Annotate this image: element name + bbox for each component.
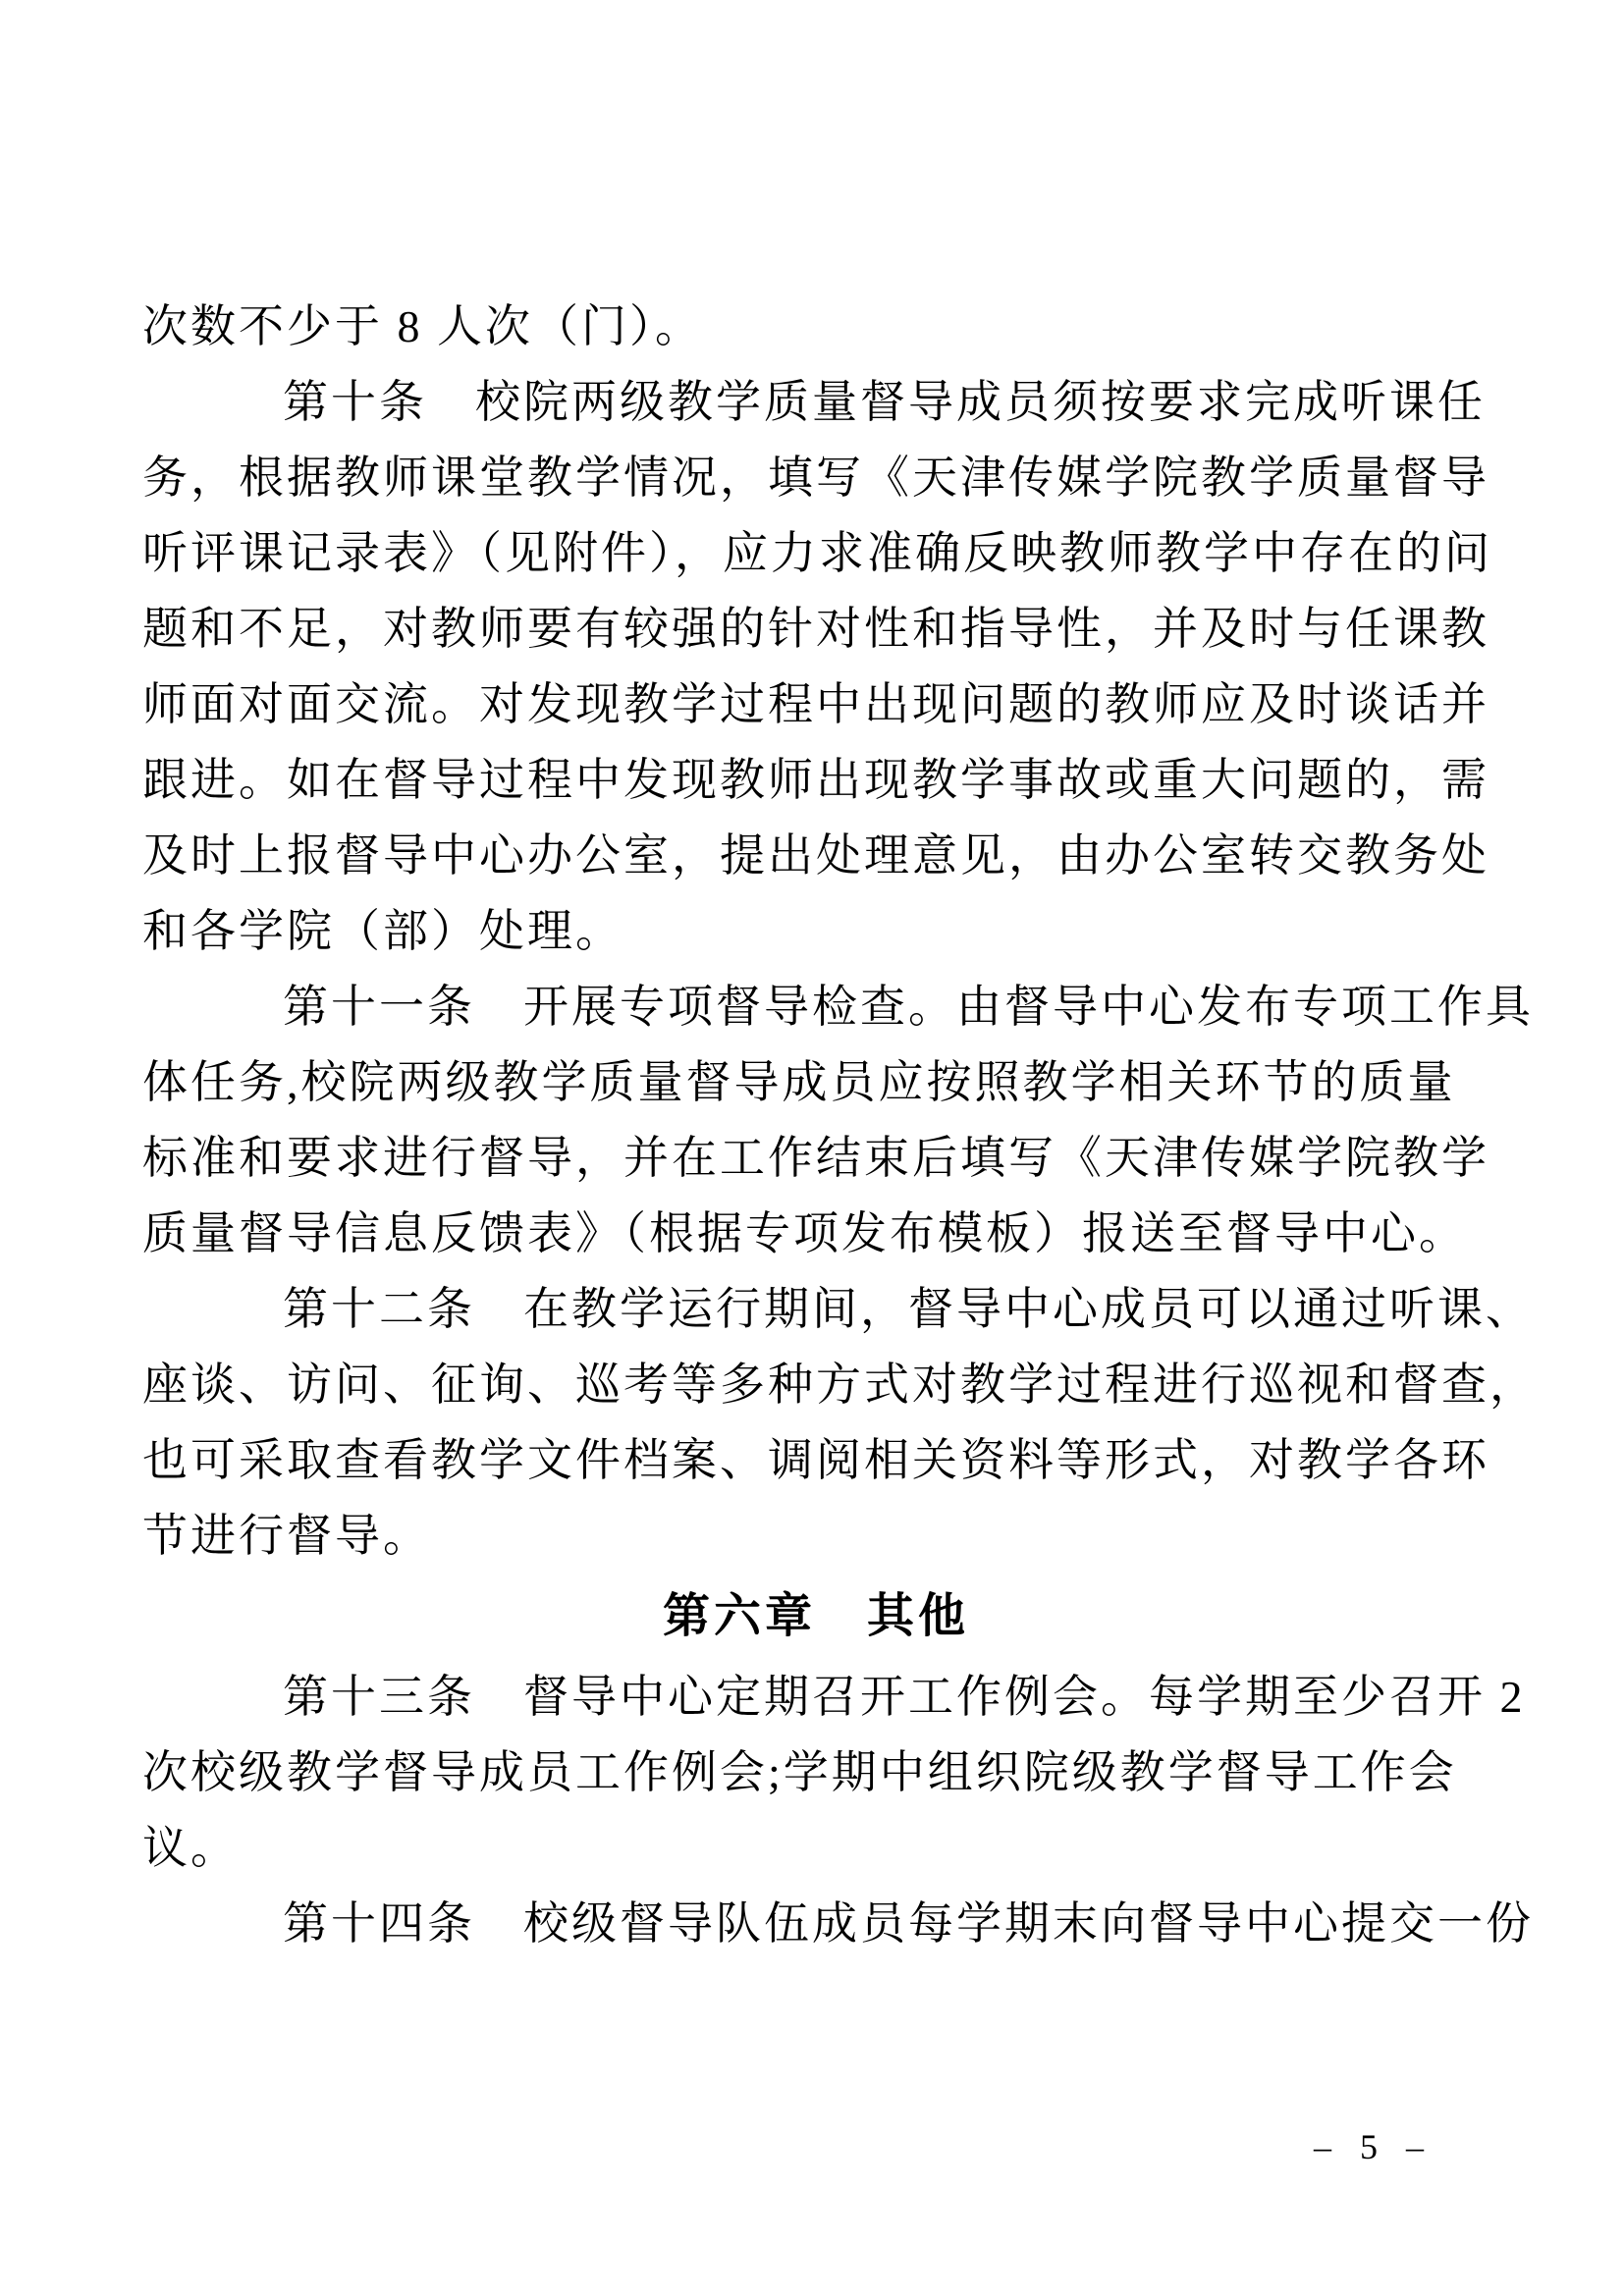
text-line: 跟进。如在督导过程中发现教师出现教学事故或重大问题的，需 xyxy=(142,742,1489,818)
text-line: 议。 xyxy=(142,1810,1489,1886)
document-body: 次数不少于 8 人次（门）。 第十条 校院两级教学质量督导成员须按要求完成听课任… xyxy=(142,289,1489,1961)
text-line: 标准和要求进行督导，并在工作结束后填写《天津传媒学院教学 xyxy=(142,1120,1489,1196)
text-line: 也可采取查看教学文件档案、调阅相关资料等形式，对教学各环 xyxy=(142,1422,1489,1498)
text-line-article-11-start: 第十一条 开展专项督导检查。由督导中心发布专项工作具 xyxy=(142,969,1489,1044)
text-line-article-10-start: 第十条 校院两级教学质量督导成员须按要求完成听课任 xyxy=(142,364,1489,440)
text-line: 及时上报督导中心办公室，提出处理意见，由办公室转交教务处 xyxy=(142,818,1489,893)
text-line: 次校级教学督导成员工作例会;学期中组织院级教学督导工作会 xyxy=(142,1735,1489,1810)
document-page: 次数不少于 8 人次（门）。 第十条 校院两级教学质量督导成员须按要求完成听课任… xyxy=(0,0,1624,2296)
text-line: 次数不少于 8 人次（门）。 xyxy=(142,289,1489,364)
text-line: 师面对面交流。对发现教学过程中出现问题的教师应及时谈话并 xyxy=(142,667,1489,742)
text-line: 质量督导信息反馈表》（根据专项发布模板）报送至督导中心。 xyxy=(142,1196,1489,1271)
text-line: 务，根据教师课堂教学情况，填写《天津传媒学院教学质量督导 xyxy=(142,440,1489,515)
text-line: 题和不足，对教师要有较强的针对性和指导性，并及时与任课教 xyxy=(142,591,1489,667)
text-line: 听评课记录表》（见附件），应力求准确反映教师教学中存在的问 xyxy=(142,515,1489,591)
text-line-article-14-start: 第十四条 校级督导队伍成员每学期末向督导中心提交一份 xyxy=(142,1886,1489,1961)
text-line: 节进行督导。 xyxy=(142,1498,1489,1574)
text-line: 体任务,校院两级教学质量督导成员应按照教学相关环节的质量 xyxy=(142,1044,1489,1120)
page-number: – 5 – xyxy=(1314,2126,1434,2167)
text-line: 和各学院（部）处理。 xyxy=(142,893,1489,969)
text-line-article-13-start: 第十三条 督导中心定期召开工作例会。每学期至少召开 2 xyxy=(142,1659,1489,1735)
chapter-heading: 第六章 其他 xyxy=(142,1574,1489,1659)
text-line: 座谈、访问、征询、巡考等多种方式对教学过程进行巡视和督查， xyxy=(142,1347,1489,1422)
text-line-article-12-start: 第十二条 在教学运行期间，督导中心成员可以通过听课、 xyxy=(142,1271,1489,1347)
